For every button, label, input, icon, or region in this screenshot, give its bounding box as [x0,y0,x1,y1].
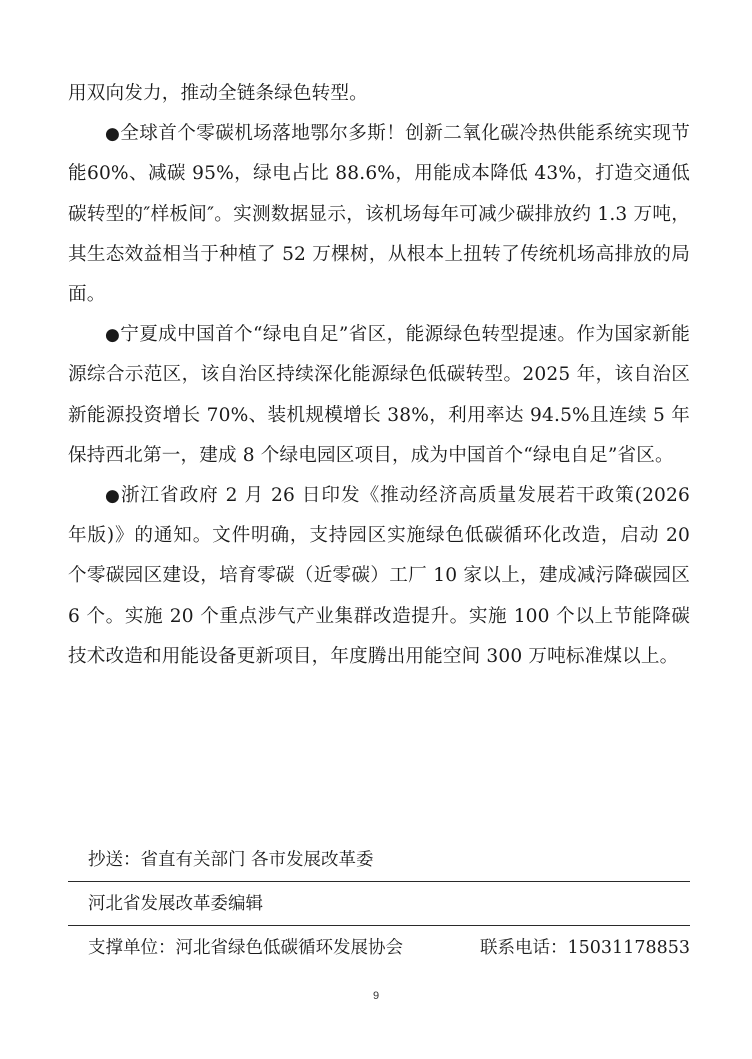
bullet-icon: ● [105,325,120,345]
paragraph-zero-carbon-airport: ●全球首个零碳机场落地鄂尔多斯！创新二氧化碳冷热供能系统实现节能60%、减碳 9… [68,114,690,315]
contact-phone: 联系电话：15031178853 [480,926,690,970]
paragraph-text: 宁夏成中国首个“绿电自足”省区，能源绿色转型提速。作为国家新能源综合示范区，该自… [68,324,690,466]
document-footer: 抄送：省直有关部门 各市发展改革委 河北省发展改革委编辑 支撑单位：河北省绿色低… [68,838,690,970]
paragraph-text: 浙江省政府 2 月 26 日印发《推动经济高质量发展若干政策(2026 年版)》… [68,485,690,667]
support-row: 支撑单位：河北省绿色低碳循环发展协会 联系电话：15031178853 [68,926,690,970]
document-body: 用双向发力，推动全链条绿色转型。 ●全球首个零碳机场落地鄂尔多斯！创新二氧化碳冷… [68,74,690,677]
paragraph-text: 用双向发力，推动全链条绿色转型。 [68,83,368,104]
bullet-icon: ● [105,124,120,144]
editor-label: 河北省发展改革委编辑 [88,894,263,914]
paragraph-continuation: 用双向发力，推动全链条绿色转型。 [68,74,690,114]
page-number: 9 [0,990,752,1002]
cc-row: 抄送：省直有关部门 各市发展改革委 [68,838,690,882]
paragraph-text: 全球首个零碳机场落地鄂尔多斯！创新二氧化碳冷热供能系统实现节能60%、减碳 95… [68,123,690,305]
cc-label: 抄送：省直有关部门 各市发展改革委 [88,850,374,870]
paragraph-ningxia-green-power: ●宁夏成中国首个“绿电自足”省区，能源绿色转型提速。作为国家新能源综合示范区，该… [68,315,690,476]
document-page: 用双向发力，推动全链条绿色转型。 ●全球首个零碳机场落地鄂尔多斯！创新二氧化碳冷… [0,0,752,1059]
bullet-icon: ● [105,486,121,506]
support-unit: 支撑单位：河北省绿色低碳循环发展协会 [88,938,403,958]
paragraph-zhejiang-policy: ●浙江省政府 2 月 26 日印发《推动经济高质量发展若干政策(2026 年版)… [68,476,690,677]
editor-row: 河北省发展改革委编辑 [68,882,690,926]
